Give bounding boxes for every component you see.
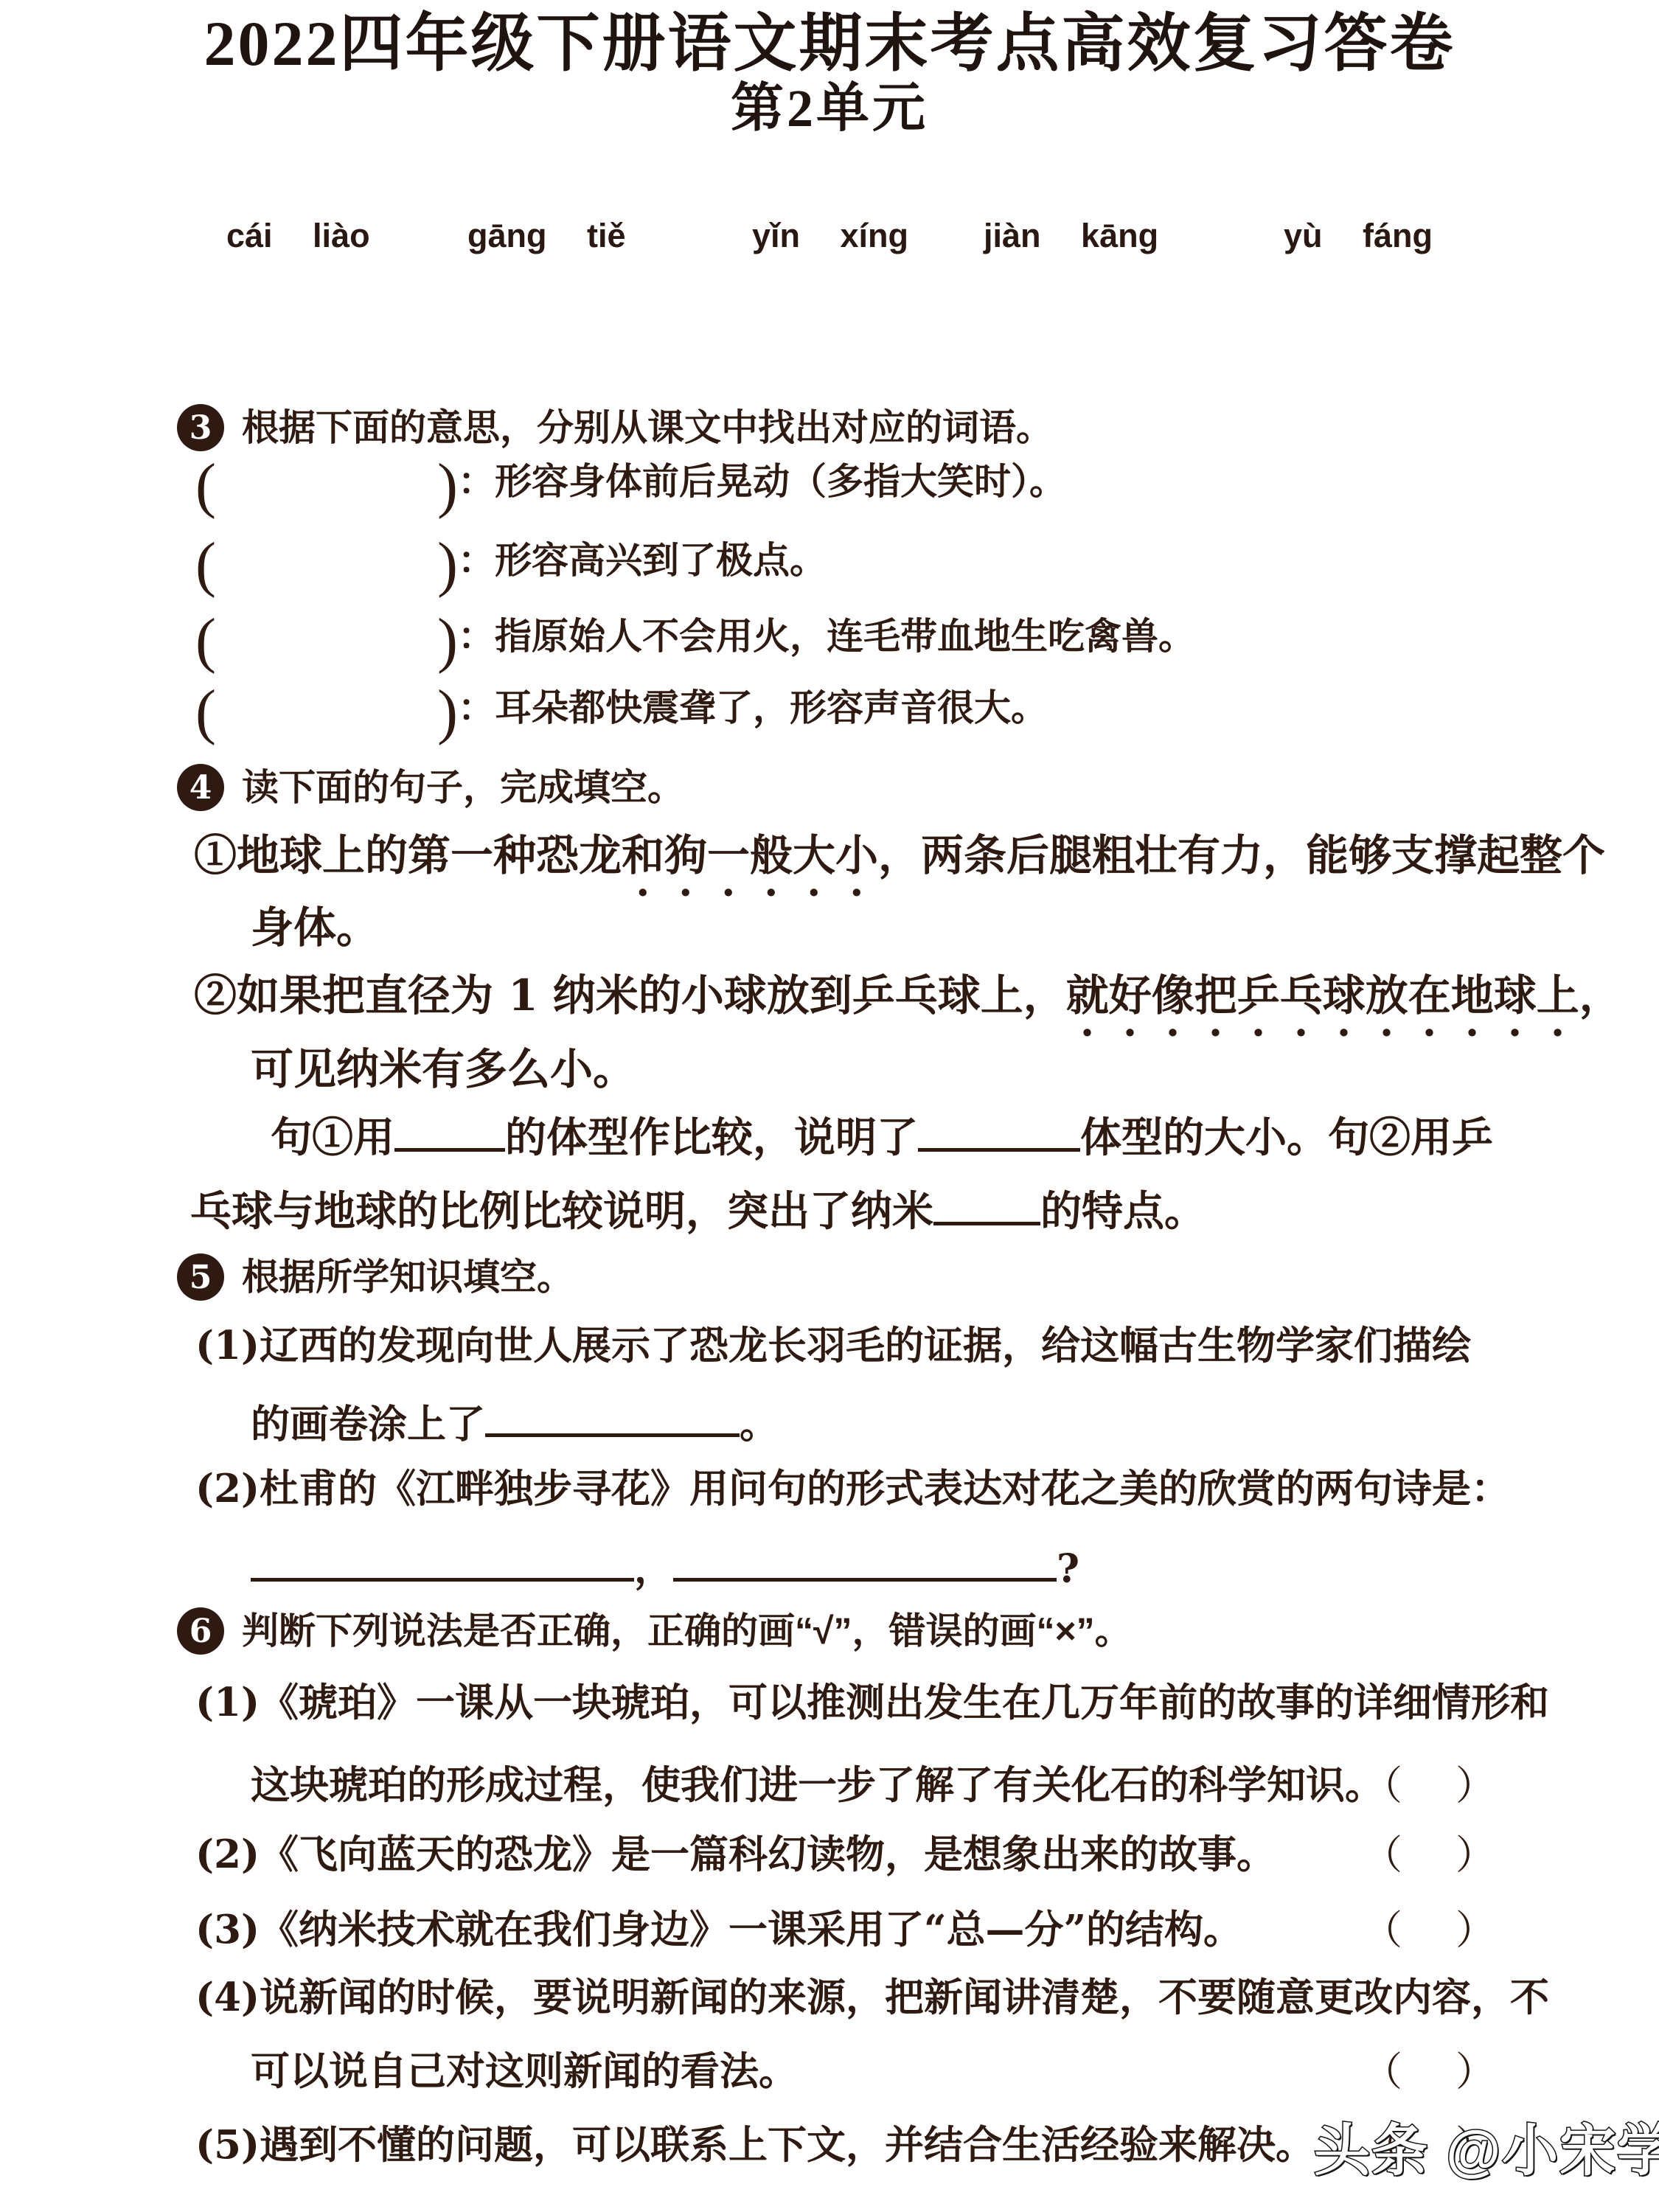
comma-mark: ， (634, 1545, 673, 1591)
definition-text: 形容身体前后晃动（多指大笑时）。 (495, 461, 1066, 502)
question4-sentence1: ①地球上的第一种恐龙和狗一般大小，两条后腿粗壮有力，能够支撑起整个 (194, 829, 1605, 905)
question4-fill-line2: 乓球与地球的比例比较说明，突出了纳米的特点。 (190, 1183, 1206, 1237)
question5-item2-line1: (2)杜甫的《江畔独步寻花》用问句的形式表达对花之美的欣赏的两句诗是： (195, 1464, 1510, 1513)
judgement-paren-slot: （） (1363, 1830, 1495, 1880)
question6-item1-line1: (1)《琥珀》一课从一块琥珀，可以推测出发生在几万年前的故事的详细情形和 (195, 1678, 1549, 1727)
paren-open: （ (1363, 1907, 1402, 1953)
sentence-text: ②如果把直径为 1 纳米的小球放到乒乓球上， (194, 970, 1066, 1020)
fill-text: 的画卷涂上了 (251, 1401, 485, 1447)
colon-mark: ： (458, 687, 495, 728)
pinyin-word-jiankang: jiàn kāng (984, 215, 1158, 257)
question-mark: ? (1057, 1545, 1079, 1591)
definition-text: 指原始人不会用火，连毛带血地生吃禽兽。 (495, 616, 1195, 657)
question5-header: 5 根据所学知识填空。 (177, 1253, 574, 1301)
question3-item-2: ()：形容高兴到了极点。 (195, 538, 827, 584)
answer-paren-close: ) (437, 451, 458, 520)
blank-underline (918, 1109, 1080, 1152)
judgement-paren-slot: （） (1363, 1761, 1495, 1811)
question6-item5: (5)遇到不懂的问题，可以联系上下文，并结合生活经验来解决。 （） (195, 2121, 1315, 2169)
question6-item3: (3)《纳米技术就在我们身边》一课采用了“总—分”的结构。 （） (195, 1905, 1242, 1954)
fill-text: 的体型作比较，说明了 (505, 1113, 918, 1162)
pinyin-word-yinxing: yǐn xíng (752, 215, 908, 257)
question3-header: 3 根据下面的意思，分别从课文中找出对应的词语。 (177, 404, 1053, 451)
question4-header: 4 读下面的句子，完成填空。 (177, 764, 684, 811)
question4-sentence1-continuation: 身体。 (251, 901, 379, 955)
question5-item2-blanks: ，? (251, 1541, 1079, 1593)
paren-close: ） (1455, 1832, 1495, 1878)
statement-text: 可以说自己对这则新闻的看法。 (251, 2048, 798, 2094)
statement-text: (2)《飞向蓝天的恐龙》是一篇科幻读物，是想象出来的故事。 (195, 1832, 1276, 1877)
answer-paren-close: ) (437, 678, 458, 746)
definition-text: 耳朵都快震聋了，形容声音很大。 (495, 687, 1048, 728)
question4-header-text: 读下面的句子，完成填空。 (242, 765, 684, 811)
toutiao-watermark: 头条 @小宋学堂 (1314, 2106, 1659, 2186)
judgement-paren-slot: （） (1363, 2047, 1495, 2097)
blank-underline (485, 1397, 740, 1437)
paren-open: （ (1363, 1762, 1402, 1809)
fill-text: 的特点。 (1040, 1187, 1206, 1236)
paren-close: ） (1455, 1762, 1495, 1809)
question3-header-text: 根据下面的意思，分别从课文中找出对应的词语。 (242, 405, 1053, 451)
question6-number-badge: 6 (177, 1607, 224, 1655)
question4-number-badge: 4 (177, 764, 224, 811)
definition-text: 形容高兴到了极点。 (495, 540, 827, 581)
question3-item-3: ()：指原始人不会用火，连毛带血地生吃禽兽。 (195, 613, 1195, 660)
sentence-text: ①地球上的第一种恐龙 (194, 830, 622, 880)
statement-text: (5)遇到不懂的问题，可以联系上下文，并结合生活经验来解决。 (195, 2122, 1315, 2168)
emphasized-phrase: 就好像把乒乓球放在地球上 (1066, 970, 1579, 1020)
question4-sentence2: ②如果把直径为 1 纳米的小球放到乒乓球上，就好像把乒乓球放在地球上， (194, 969, 1622, 1046)
fill-text: 体型的大小。句②用乒 (1080, 1113, 1493, 1162)
answer-paren-open: ( (195, 606, 216, 675)
emphasized-phrase: 和狗一般大小 (622, 830, 878, 880)
paren-close: ） (1455, 2048, 1495, 2095)
answer-paren-close: ) (437, 530, 458, 599)
colon-mark: ： (458, 461, 495, 502)
question5-item1-line1: (1)辽西的发现向世人展示了恐龙长羽毛的证据，给这幅古生物学家们描绘 (195, 1321, 1471, 1370)
blank-underline (394, 1109, 505, 1152)
sentence-text: ，两条后腿粗壮有力，能够支撑起整个 (878, 830, 1605, 880)
question5-header-text: 根据所学知识填空。 (242, 1254, 574, 1301)
answer-paren-open: ( (195, 451, 216, 520)
question6-item2: (2)《飞向蓝天的恐龙》是一篇科幻读物，是想象出来的故事。 （） (195, 1830, 1276, 1879)
paren-open: （ (1363, 1832, 1402, 1878)
blank-underline (673, 1541, 1057, 1582)
question3-item-1: ()：形容身体前后晃动（多指大笑时）。 (195, 459, 1066, 505)
judgement-paren-slot: （） (1363, 1905, 1495, 1955)
exam-worksheet-page: { "colors": { "ink": "#2e1a10", "paper":… (0, 0, 1659, 2212)
question6-item4-line1: (4)说新闻的时候，要说明新闻的来源，把新闻讲清楚，不要随意更改内容，不 (195, 1973, 1549, 2022)
statement-text: (3)《纳米技术就在我们身边》一课采用了“总—分”的结构。 (195, 1907, 1242, 1952)
page-title: 2022四年级下册语文期末考点高效复习答卷 (0, 4, 1659, 84)
question5-number-badge: 5 (177, 1253, 224, 1301)
sentence-text: ， (1579, 970, 1622, 1020)
pinyin-word-cailiao: cái liào (226, 215, 370, 257)
pinyin-word-yufang: yù fáng (1284, 215, 1433, 257)
page-subtitle-unit: 第2单元 (0, 75, 1659, 142)
answer-paren-open: ( (195, 530, 216, 599)
colon-mark: ： (458, 540, 495, 581)
paren-open: （ (1363, 2048, 1402, 2095)
paren-close: ） (1455, 1907, 1495, 1953)
blank-underline (933, 1183, 1040, 1225)
question4-fill-line1: 句①用的体型作比较，说明了体型的大小。句②用乒 (271, 1109, 1493, 1164)
question3-number-badge: 3 (177, 404, 224, 451)
question3-item-4: ()：耳朵都快震聋了，形容声音很大。 (195, 685, 1048, 731)
blank-underline (251, 1541, 634, 1582)
answer-paren-close: ) (437, 606, 458, 675)
pinyin-word-gangtie: gāng tiě (467, 215, 626, 257)
statement-text: 这块琥珀的形成过程，使我们进一步了解了有关化石的科学知识。 (251, 1762, 1384, 1808)
question5-item1-line2: 的画卷涂上了。 (251, 1397, 779, 1449)
colon-mark: ： (458, 616, 495, 657)
question6-item1-line2: 这块琥珀的形成过程，使我们进一步了解了有关化石的科学知识。 （） (251, 1761, 1384, 1809)
question6-item4-line2: 可以说自己对这则新闻的看法。 （） (251, 2047, 798, 2096)
fill-text: 句①用 (271, 1113, 394, 1162)
question4-sentence2-continuation: 可见纳米有多么小。 (251, 1043, 636, 1096)
question6-header: 6 判断下列说法是否正确，正确的画“√”，错误的画“×”。 (177, 1607, 1132, 1655)
answer-paren-open: ( (195, 678, 216, 746)
fill-text: 乓球与地球的比例比较说明，突出了纳米 (190, 1187, 933, 1236)
question6-header-text: 判断下列说法是否正确，正确的画“√”，错误的画“×”。 (242, 1608, 1132, 1655)
period-mark: 。 (740, 1401, 779, 1447)
